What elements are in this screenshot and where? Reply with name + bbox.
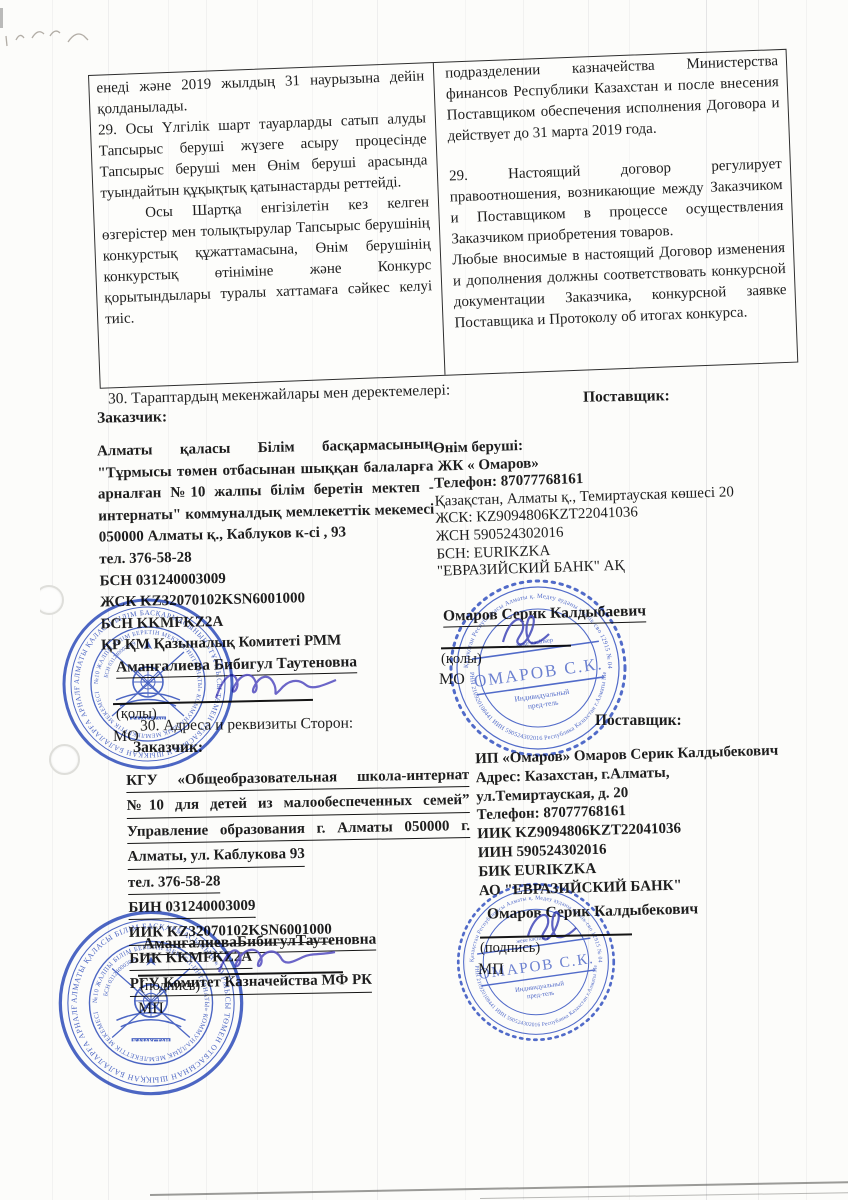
omarov-stamp: Қазақстан Республикасы Алматы қ. Медеу а… (448, 574, 628, 762)
supplier-label-top: Поставщик: (583, 387, 670, 407)
stamp-center-band: жеке кәсіпкер ОМАРОВ С.К. Индивидуальный… (475, 929, 599, 1007)
clause-paragraph: 29. Осы Үлгілік шарт тауарларды сатып ал… (98, 108, 429, 204)
page-edge-line (480, 1192, 848, 1199)
detail-line: тел. 376-58-28 (128, 871, 221, 895)
clause-paragraph: 29. Настоящий договор регулирует правоот… (449, 154, 785, 250)
emblem-banner-text: ҚАЗАҚСТАН (131, 717, 165, 723)
school-round-stamp: АЛМАТЫ ҚАЛАСЫ БІЛІМ БАСҚАРМАСЫНЫҢ «ТҰРМЫ… (56, 908, 246, 1098)
customer-label-top: Заказчик: (97, 408, 167, 427)
supplier-details-ru: ИП «Омаров» Омаров Серик Калдыбекович Ад… (475, 742, 782, 901)
stamp-small-text: жеке кәсіпкер (515, 934, 550, 945)
omarov-stamp: Қазақстан Республикасы Алматы қ. Медеу а… (450, 878, 622, 1046)
clause-paragraph: подразделении казначейства Министерства … (445, 51, 781, 147)
scanned-contract-page: { "colors": { "stamp_blue": "#3452c0", "… (0, 0, 848, 1200)
detail-line: Алматы, ул. Каблукова 93 (127, 844, 305, 869)
clause-column-kazakh: енеді және 2019 жылдың 31 наурызына дейі… (89, 63, 445, 388)
school-round-stamp: АЛМАТЫ ҚАЛАСЫ БІЛІМ БАСҚАРМАСЫНЫҢ «ТҰРМЫ… (60, 596, 236, 772)
detail-line: Управление образования г. Алматы 050000 … (127, 816, 470, 844)
clause-column-russian: подразделении казначейства Министерства … (434, 50, 797, 375)
detail-line: №10 для детей из малообеспеченных семей” (126, 790, 469, 818)
contract-clause-table: енеді және 2019 жылдың 31 наурызына дейі… (88, 49, 798, 389)
clause-paragraph: Осы Шартқа енгізілетін кез келген өзгері… (101, 192, 433, 330)
emblem-banner-text: ҚАЗАҚСТАН (133, 1039, 170, 1045)
clause-paragraph: Любые вносимые в настоящий Договор измен… (452, 238, 788, 334)
paper-background: енеді және 2019 жылдың 31 наурызына дейі… (0, 0, 848, 1200)
scan-edge-mark (0, 8, 3, 28)
stamp-small-text: жеке кәсіпкер (514, 637, 553, 649)
stamp-center-band: жеке кәсіпкер ОМАРОВ С.К. Индивидуальный… (469, 630, 608, 717)
handwriting-marks (2, 14, 112, 54)
scan-streak (806, 0, 807, 1200)
supplier-details-kz: Өнім беруші: ЖК « Омаров» Телефон: 87077… (433, 431, 736, 581)
